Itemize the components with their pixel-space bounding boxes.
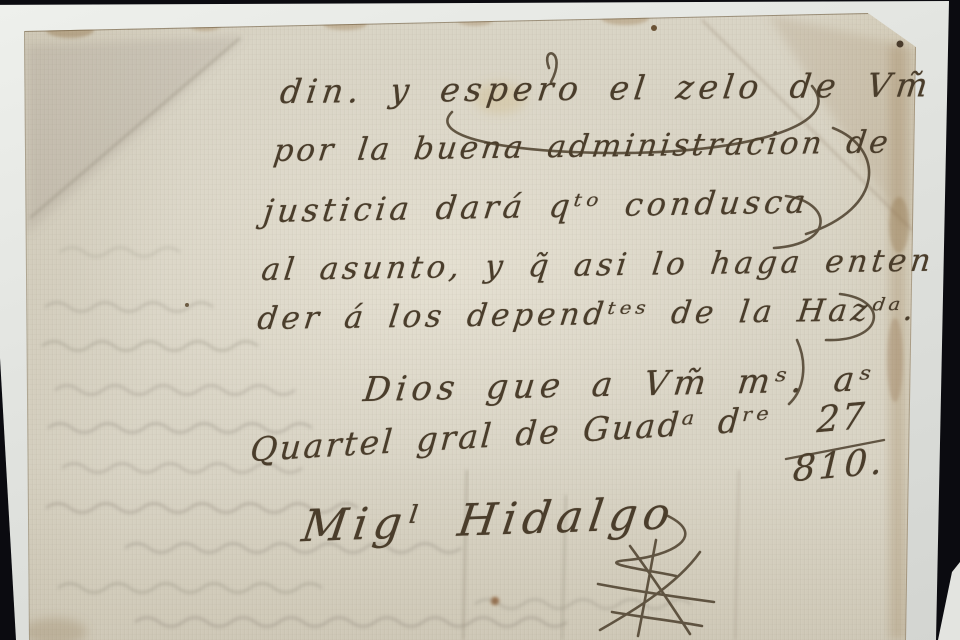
photograph-of-hidalgo-letter: din. y espero el zelo de Vm̃ por la buen… bbox=[0, 0, 960, 640]
manuscript-line-1: din. y espero el zelo de Vm̃ bbox=[278, 65, 935, 111]
date-day: 27 bbox=[816, 396, 868, 442]
date-year: 810. bbox=[792, 441, 886, 490]
